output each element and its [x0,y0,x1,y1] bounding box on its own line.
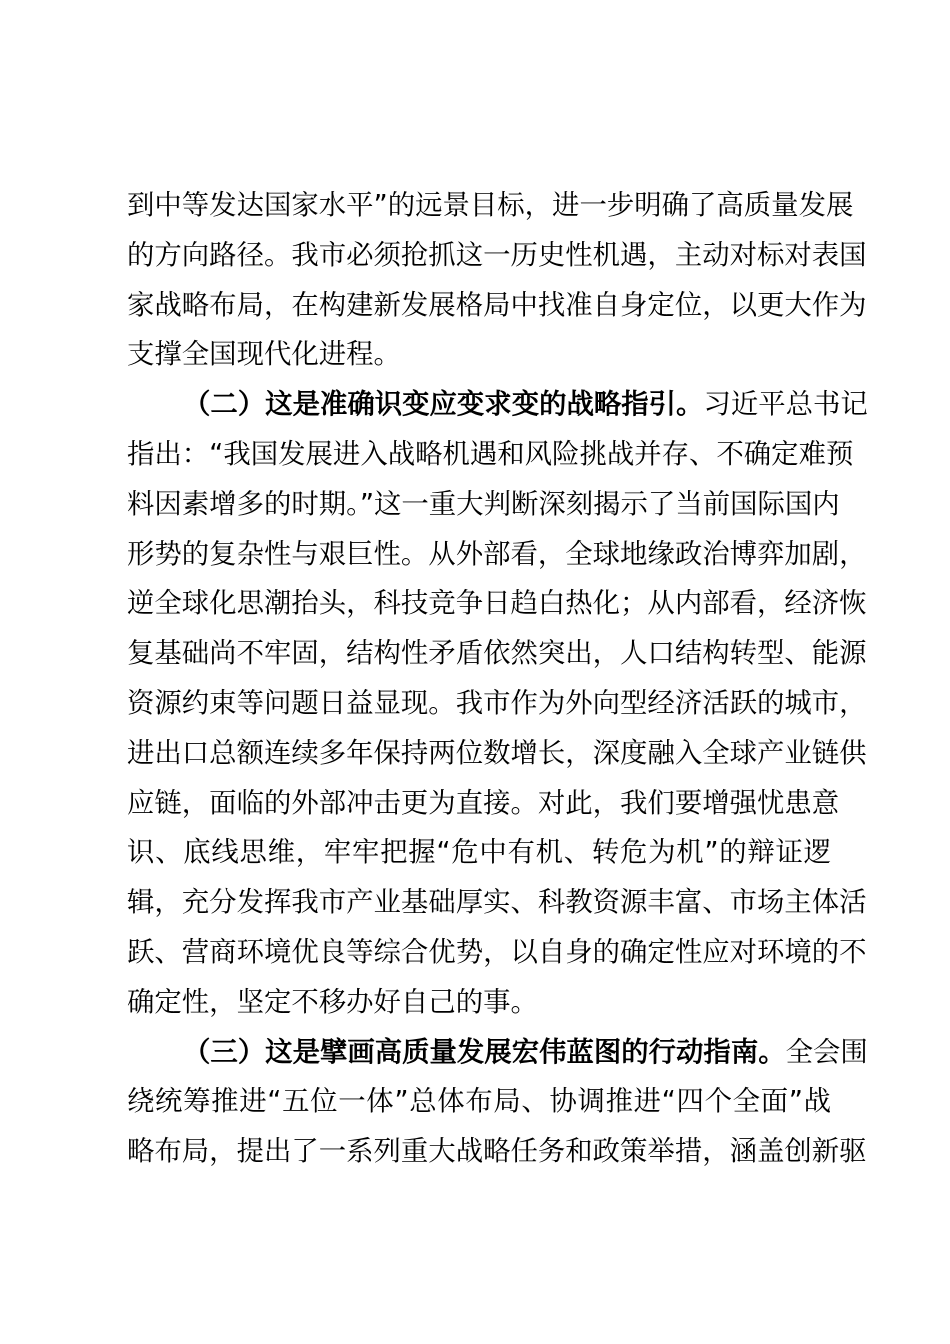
heading-line-text: 全会围 [786,1037,868,1068]
text-line: 资源约束等问题日益显现。我市作为外向型经济活跃的城市， [127,679,831,729]
section-heading-line: （二）这是准确识变应变求变的战略指引。习近平总书记 [127,380,831,430]
text-line: 家战略布局，在构建新发展格局中找准自身定位，以更大作为 [127,281,831,331]
text-line: 指出：“我国发展进入战略机遇和风险挑战并存、不确定难预 [127,430,831,480]
text-line: 逆全球化思潮抬头，科技竞争日趋白热化；从内部看，经济恢 [127,579,831,629]
text-line: 应链，面临的外部冲击更为直接。对此，我们要增强忧患意 [127,779,831,829]
section-3-paragraph: （三）这是擘画高质量发展宏伟蓝图的行动指南。全会围 绕统筹推进“五位一体”总体布… [127,1028,831,1177]
text-line: 进出口总额连续多年保持两位数增长，深度融入全球产业链供 [127,729,831,779]
paragraph-continuation: 到中等发达国家水平”的远景目标，进一步明确了高质量发展 的方向路径。我市必须抢抓… [127,181,831,380]
text-line: 支撑全国现代化进程。 [127,330,831,380]
text-line: 复基础尚不牢固，结构性矛盾依然突出，人口结构转型、能源 [127,629,831,679]
text-line: 绕统筹推进“五位一体”总体布局、协调推进“四个全面”战 [127,1077,831,1127]
text-line: 形势的复杂性与艰巨性。从外部看，全球地缘政治博弈加剧， [127,530,831,580]
text-line: 的方向路径。我市必须抢抓这一历史性机遇，主动对标对表国 [127,231,831,281]
text-line: 到中等发达国家水平”的远景目标，进一步明确了高质量发展 [127,181,831,231]
section-2-paragraph: （二）这是准确识变应变求变的战略指引。习近平总书记 指出：“我国发展进入战略机遇… [127,380,831,1027]
section-heading: （二）这是准确识变应变求变的战略指引。 [183,389,703,420]
text-line: 识、底线思维，牢牢把握“危中有机、转危为机”的辩证逻 [127,828,831,878]
text-line: 跃、营商环境优良等综合优势，以自身的确定性应对环境的不 [127,928,831,978]
section-heading: （三）这是擘画高质量发展宏伟蓝图的行动指南。 [183,1037,786,1068]
section-heading-line: （三）这是擘画高质量发展宏伟蓝图的行动指南。全会围 [127,1028,831,1078]
heading-line-text: 习近平总书记 [703,389,867,420]
document-page: 到中等发达国家水平”的远景目标，进一步明确了高质量发展 的方向路径。我市必须抢抓… [127,181,831,1177]
text-line: 略布局，提出了一系列重大战略任务和政策举措，涵盖创新驱 [127,1127,831,1177]
text-line: 确定性，坚定不移办好自己的事。 [127,978,831,1028]
text-line: 料因素增多的时期。”这一重大判断深刻揭示了当前国际国内 [127,480,831,530]
text-line: 辑，充分发挥我市产业基础厚实、科教资源丰富、市场主体活 [127,878,831,928]
